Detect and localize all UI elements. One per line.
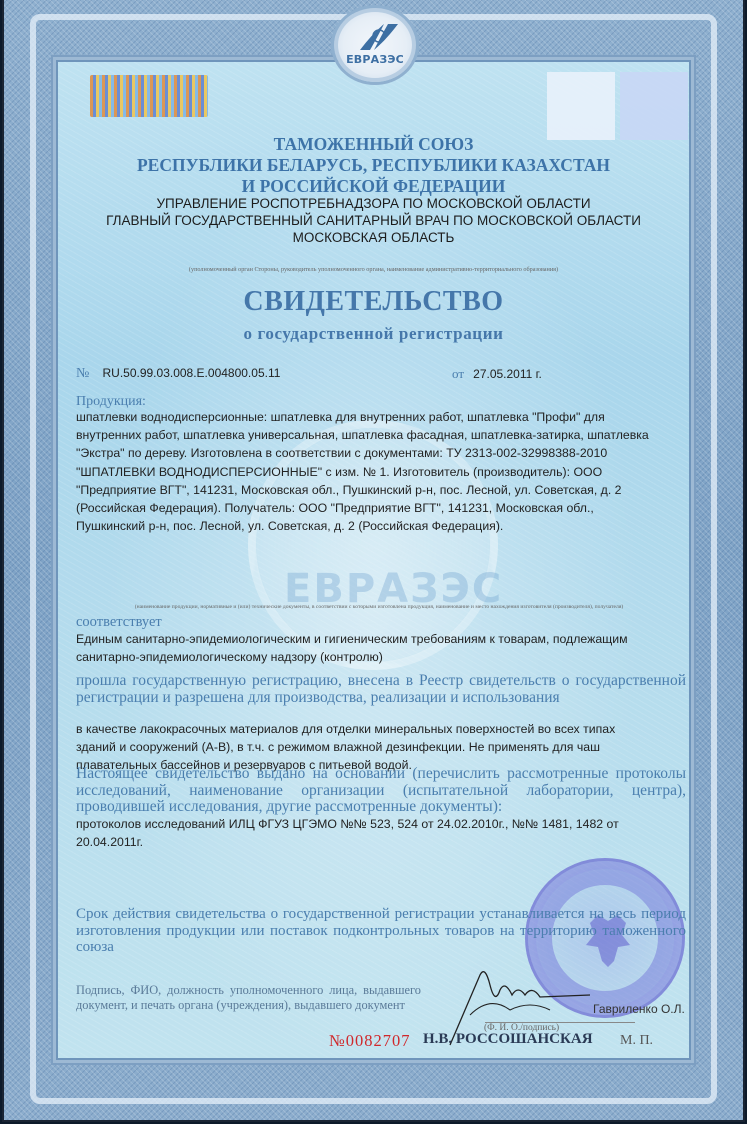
authority-line-2: ГЛАВНЫЙ ГОСУДАРСТВЕННЫЙ САНИТАРНЫЙ ВРАЧ … — [0, 213, 747, 230]
number-sign: № — [76, 366, 89, 381]
usage-line: в качестве лакокрасочных материалов для … — [76, 720, 701, 738]
authority-line-3: МОСКОВСКАЯ ОБЛАСТЬ — [0, 230, 747, 247]
basis-line: 20.04.2011г. — [76, 833, 701, 851]
registration-number-row: № RU.50.99.03.008.Е.004800.05.11 — [76, 366, 280, 382]
product-caption: (наименование продукции, нормативные и (… — [74, 604, 684, 610]
product-line: (Российская Федерация). Получатель: ООО … — [76, 499, 701, 517]
authority-caption: (уполномоченный орган Стороны, руководит… — [60, 266, 687, 273]
union-title-line-3: И РОССИЙСКОЙ ФЕДЕРАЦИИ — [0, 176, 747, 197]
registration-statement: прошла государственную регистрацию, внес… — [76, 673, 686, 706]
seal-place-label: М. П. — [620, 1033, 653, 1049]
registration-date-row: от 27.05.2011 г. — [452, 366, 542, 382]
logo-text: ЕВРАЗЭС — [346, 53, 404, 66]
conformity-text: Единым санитарно-эпидемиологическим и ги… — [76, 630, 701, 666]
document-title: СВИДЕТЕЛЬСТВО — [0, 286, 747, 318]
usage-line: зданий и сооружений (А-В), в т.ч. с режи… — [76, 738, 701, 756]
document-subtitle: о государственной регистрации — [0, 324, 747, 344]
basis-statement: Настоящее свидетельство выдано на основа… — [76, 766, 686, 816]
date-label: от — [452, 366, 464, 381]
product-line: шпатлевки воднодисперсионные: шпатлевка … — [76, 408, 701, 426]
conformity-line: санитарно-эпидемиологическому надзору (к… — [76, 648, 701, 666]
product-line: "Экстра" по дереву. Изготовлена в соотве… — [76, 444, 701, 462]
evrazes-emblem-icon — [356, 20, 402, 54]
union-title-line-2: РЕСПУБЛИКИ БЕЛАРУСЬ, РЕСПУБЛИКИ КАЗАХСТА… — [0, 155, 747, 176]
registration-number: RU.50.99.03.008.Е.004800.05.11 — [102, 366, 280, 380]
basis-documents: протоколов исследований ИЛЦ ФГУЗ ЦГЭМО №… — [76, 815, 701, 851]
basis-line: протоколов исследований ИЛЦ ФГУЗ ЦГЭМО №… — [76, 815, 701, 833]
product-line: Пушкинский р-н, пос. Лесной, ул. Советск… — [76, 517, 701, 535]
union-title-line-1: ТАМОЖЕННЫЙ СОЮЗ — [0, 134, 747, 155]
validity-statement: Срок действия свидетельства о государств… — [76, 906, 686, 956]
product-line: "Предприятие ВГТ", 141231, Московская об… — [76, 481, 701, 499]
security-box-right — [620, 72, 688, 140]
security-box-left — [547, 72, 615, 140]
certificate-content: ЕВРАЗЭС ТАМОЖЕННЫЙ СОЮЗ РЕСПУБЛИКИ БЕЛАР… — [0, 0, 747, 1124]
product-description: шпатлевки воднодисперсионные: шпатлевка … — [76, 408, 701, 535]
registration-date: 27.05.2011 г. — [473, 367, 542, 381]
signatory-name: Гавриленко О.Л. — [593, 1002, 685, 1016]
signature-label: Подпись, ФИО, должность уполномоченного … — [76, 983, 421, 1012]
hologram-sticker — [90, 75, 208, 117]
product-line: внутренних работ, шпатлевка универсальна… — [76, 426, 701, 444]
authority-line-1: УПРАВЛЕНИЕ РОСПОТРЕБНАДЗОРА ПО МОСКОВСКО… — [0, 196, 747, 213]
signer-printed-name: Н.В. РОССОШАНСКАЯ — [423, 1031, 593, 1048]
conformity-line: Единым санитарно-эпидемиологическим и ги… — [76, 630, 701, 648]
form-serial-number: №0082707 — [329, 1031, 411, 1051]
evrazes-logo: ЕВРАЗЭС — [334, 8, 416, 82]
product-line: "ШПАТЛЕВКИ ВОДНОДИСПЕРСИОННЫЕ" с изм. № … — [76, 463, 701, 481]
conformity-label: соответствует — [76, 614, 162, 631]
